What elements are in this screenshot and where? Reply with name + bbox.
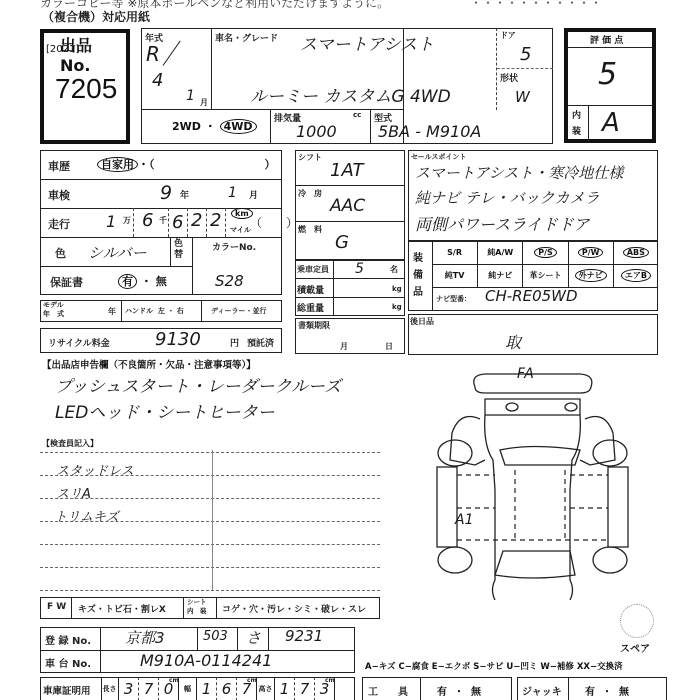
- drive-selector[interactable]: 2WD ・ 4WD: [172, 118, 257, 134]
- inspector-line-3: トリムキズ: [54, 506, 119, 525]
- jack-label: ジャッキ: [522, 683, 562, 698]
- seat-text: コゲ・穴・汚レ・シミ・破レ・スレ: [222, 602, 366, 615]
- docs-month: 月: [340, 341, 348, 352]
- score-value: 5: [598, 57, 617, 92]
- registration-number: 9231: [285, 627, 323, 645]
- inspector-rule: [40, 498, 380, 499]
- inspection-year-unit: 年: [180, 188, 189, 201]
- inspector-rule: [40, 544, 380, 545]
- capacity-unit: 名: [390, 264, 398, 275]
- equipment-item-label: 純TV: [445, 270, 465, 281]
- equipment-item: ABS: [613, 241, 658, 264]
- inspector-line-2: スリA: [56, 483, 91, 502]
- history-value: 自家用・（ ）: [97, 156, 276, 172]
- tools-selector: 有 ・ 無: [437, 683, 481, 698]
- displacement-unit: cc: [353, 111, 361, 119]
- color-value: シルバー: [88, 242, 147, 263]
- mileage-sen-unit: 千: [159, 215, 167, 226]
- mileage-sen: 6: [142, 210, 153, 231]
- garage-unit: cm: [169, 677, 179, 684]
- equipment-item-label: S/R: [447, 248, 462, 257]
- equipment-item-label: P/S: [534, 247, 557, 258]
- equipment-item: 純A/W: [477, 241, 522, 264]
- shape-value: W: [515, 88, 530, 106]
- header-cut-right: ・・・・・・・・・・・: [470, 0, 602, 11]
- equipment-item: 純TV: [432, 264, 477, 287]
- garage-dim-digit: 1: [275, 677, 295, 700]
- equipment-item-label: 純ナビ: [488, 270, 512, 281]
- fuel-value: G: [335, 232, 349, 253]
- color-no-label: カラーNo.: [212, 240, 256, 253]
- year-value: 4: [152, 70, 163, 91]
- jack-sep: ・: [602, 687, 612, 698]
- tools-sep: ・: [454, 687, 464, 698]
- car-name-label: 車名・グレード: [215, 31, 278, 44]
- docs-label: 書類期限: [298, 320, 330, 331]
- equipment-item: S/R: [432, 241, 477, 264]
- garage-dim-digit: 3: [119, 677, 139, 700]
- recycle-value: 9130: [155, 329, 201, 350]
- seller-note-line-1: プッシュスタート・レーダークルーズ: [55, 372, 341, 397]
- history-private: 自家用: [97, 157, 138, 172]
- registration-label: 登 録 No.: [45, 632, 91, 647]
- spare-label: スペア: [620, 640, 650, 655]
- car-damage-diagram: [415, 365, 655, 600]
- garage-unit: cm: [325, 677, 335, 684]
- lot-number: 7205: [55, 73, 117, 105]
- equipment-item: P/S: [522, 241, 567, 264]
- warranty-sep: ・: [141, 275, 152, 288]
- capacity-label: 乗車定員: [297, 264, 329, 275]
- drive-2wd[interactable]: 2WD: [172, 120, 201, 133]
- later-items-label: 後日品: [410, 316, 434, 327]
- seat-label: シート 内 装: [187, 598, 207, 616]
- tools-label: 工 具: [368, 683, 408, 698]
- garage-dim-digit: 1: [197, 677, 217, 700]
- capacity-value: 5: [355, 261, 364, 277]
- tools-no: 無: [471, 687, 481, 698]
- equipment-item: 純ナビ: [477, 264, 522, 287]
- shift-value: 1AT: [330, 160, 363, 181]
- mileage-digit-2: 2: [191, 210, 202, 231]
- fw-label: F W: [47, 602, 66, 612]
- equipment-item-label: 純A/W: [487, 247, 513, 258]
- seller-notes-label: 【出品店申告欄（不良箇所・欠品・注意事項等）】: [42, 357, 256, 371]
- seller-note-line-2: LEDヘッド・シートヒーター: [55, 398, 275, 423]
- equipment-item: P/W: [568, 241, 613, 264]
- color-label: 色: [55, 245, 66, 261]
- load-unit: kg: [392, 285, 402, 293]
- docs-day: 日: [385, 341, 393, 352]
- garage-dim-digit: 7: [139, 677, 159, 700]
- history-label: 車歴: [48, 158, 70, 174]
- damage-legend: A−キズ C−腐食 E−エクボ S−サビ U−凹ミ W−補修 XX−交換済: [365, 660, 623, 672]
- garage-dim-digit: 6: [217, 677, 237, 700]
- mileage-label: 走行: [48, 216, 70, 232]
- dealer-field: ディーラー・並行: [211, 306, 266, 316]
- color-no-value: S28: [215, 272, 244, 290]
- sales-point-line-3: 両側パワースライドドア: [415, 212, 589, 235]
- ac-value: AAC: [330, 196, 365, 216]
- equipment-item-label: 外ナビ: [575, 269, 607, 282]
- registration-place: 京都3: [125, 627, 165, 648]
- garage-dim-label: 幅: [179, 677, 197, 700]
- model-year-label-2: 年 式: [43, 310, 64, 319]
- equipment-item: エアB: [613, 264, 658, 287]
- inspector-rule: [40, 567, 380, 568]
- seat-label-2: 内 装: [187, 607, 207, 616]
- navi-model-label: ナビ型番：: [436, 294, 471, 304]
- garage-dim-label: 高さ: [257, 677, 275, 700]
- year-era: R: [146, 42, 160, 66]
- door-value: 5: [520, 44, 531, 65]
- gross-label: 総重量: [297, 301, 324, 314]
- interior-score: A: [602, 108, 620, 138]
- warranty-yes: 有: [118, 274, 137, 289]
- garage-dim-digit: 7: [295, 677, 315, 700]
- sales-points-label: セールスポイント: [411, 152, 466, 162]
- navi-model-value: CH-RE05WD: [485, 287, 578, 305]
- warranty-label: 保証書: [50, 274, 83, 290]
- model-year-label-1: モデル: [43, 301, 64, 310]
- interior-label-1: 内: [572, 108, 581, 121]
- equipment-item: 外ナビ: [568, 264, 613, 287]
- chassis-value: M910A-0114241: [140, 651, 272, 670]
- garage-unit: cm: [247, 677, 257, 684]
- mileage-mile: マイル: [230, 225, 251, 235]
- mileage-paren: （ ）: [250, 214, 298, 231]
- inspector-label: 【検査員記入】: [42, 438, 98, 449]
- shape-label: 形状: [500, 71, 518, 84]
- warranty-selector: 有 ・ 無: [118, 273, 167, 289]
- sales-point-line-1: スマートアシスト・寒冷地仕様: [415, 162, 623, 183]
- score-box: 評 価 点 5 内 装 A: [564, 28, 656, 143]
- inspection-year: 9: [160, 182, 172, 204]
- jack-yes: 有: [585, 687, 595, 698]
- garage-label: 車庫証明用: [43, 683, 91, 697]
- drive-4wd[interactable]: 4WD: [220, 119, 257, 134]
- door-label: ドア: [500, 30, 516, 41]
- jack-selector: 有 ・ 無: [585, 683, 629, 698]
- garage-dim-label: 長さ: [101, 677, 119, 700]
- inspection-month-unit: 月: [249, 188, 258, 201]
- handle-right: 右: [177, 307, 184, 315]
- interior-label-2: 装: [572, 124, 581, 137]
- equipment-item-label: P/W: [578, 247, 604, 258]
- spare-tire-icon: [620, 604, 654, 638]
- ac-label: 冷 房: [298, 188, 322, 199]
- form-subtitle: （複合機）対応用紙: [42, 8, 150, 25]
- registration-class: 503: [203, 629, 228, 644]
- load-label: 積載量: [297, 283, 324, 296]
- registration-kana: さ: [246, 627, 261, 648]
- lot-box: 出品 No. [2021] 7205: [40, 29, 130, 144]
- mileage-man-unit: 万: [123, 215, 131, 226]
- inspector-divider: [212, 450, 213, 590]
- recycle-unit: 円: [230, 336, 239, 349]
- inspector-line-1: スタッドレス: [56, 460, 134, 479]
- mileage-digit-3: 2: [210, 210, 221, 231]
- later-items-value: 取: [505, 330, 521, 353]
- shift-label: シフト: [298, 152, 322, 163]
- equipment-item: 革シート: [522, 264, 567, 287]
- recycle-status: 預託済: [247, 336, 274, 349]
- inspection-month: 1: [228, 185, 237, 201]
- color-changed-label: 色替: [174, 239, 186, 261]
- handle-field: ハンドル 左 ・ 右: [125, 306, 184, 316]
- year-month-label: 月: [200, 97, 208, 108]
- inspection-label: 車検: [48, 187, 70, 203]
- recycle-label: リサイクル料金: [48, 336, 110, 349]
- handle-label: ハンドル: [125, 307, 153, 315]
- equipment-label: 装備品: [413, 250, 425, 301]
- displacement-value: 1000: [296, 122, 337, 141]
- seat-label-1: シート: [187, 598, 207, 607]
- model-value: 5BA - M910A: [378, 122, 481, 141]
- tools-yes: 有: [437, 687, 447, 698]
- jack-no: 無: [619, 687, 629, 698]
- model-year-unit: 年: [108, 306, 116, 317]
- equipment-item-label: 革シート: [529, 270, 561, 281]
- inspector-rule: [40, 452, 380, 453]
- drive-sep: ・: [205, 120, 216, 133]
- mileage-man: 1: [106, 212, 116, 231]
- handle-left: 左: [158, 307, 165, 315]
- warranty-no: 無: [156, 275, 167, 288]
- chassis-label: 車 台 No.: [45, 655, 91, 670]
- fuel-label: 燃 料: [298, 224, 322, 235]
- sales-point-line-2: 純ナビ テレ・バックカメラ: [415, 187, 599, 208]
- score-label: 評 価 点: [590, 33, 623, 46]
- year-month: 1: [186, 88, 195, 104]
- equipment-item-label: ABS: [623, 247, 649, 258]
- damage-mark-side: A1: [455, 512, 473, 528]
- equipment-item-label: エアB: [621, 269, 651, 282]
- gross-unit: kg: [392, 303, 402, 311]
- damage-mark-front: FA: [517, 366, 534, 382]
- lot-year-tag: [2021]: [46, 44, 79, 55]
- model-year-label: モデル 年 式: [43, 301, 64, 319]
- history-other: ・（ ）: [138, 158, 276, 171]
- later-items-block: [408, 314, 658, 355]
- handle-sep: ・: [167, 307, 174, 315]
- fw-text: キズ・トビ石・割レX: [78, 602, 166, 615]
- inspector-rule: [40, 590, 380, 591]
- mileage-digit-1: 6: [172, 212, 183, 233]
